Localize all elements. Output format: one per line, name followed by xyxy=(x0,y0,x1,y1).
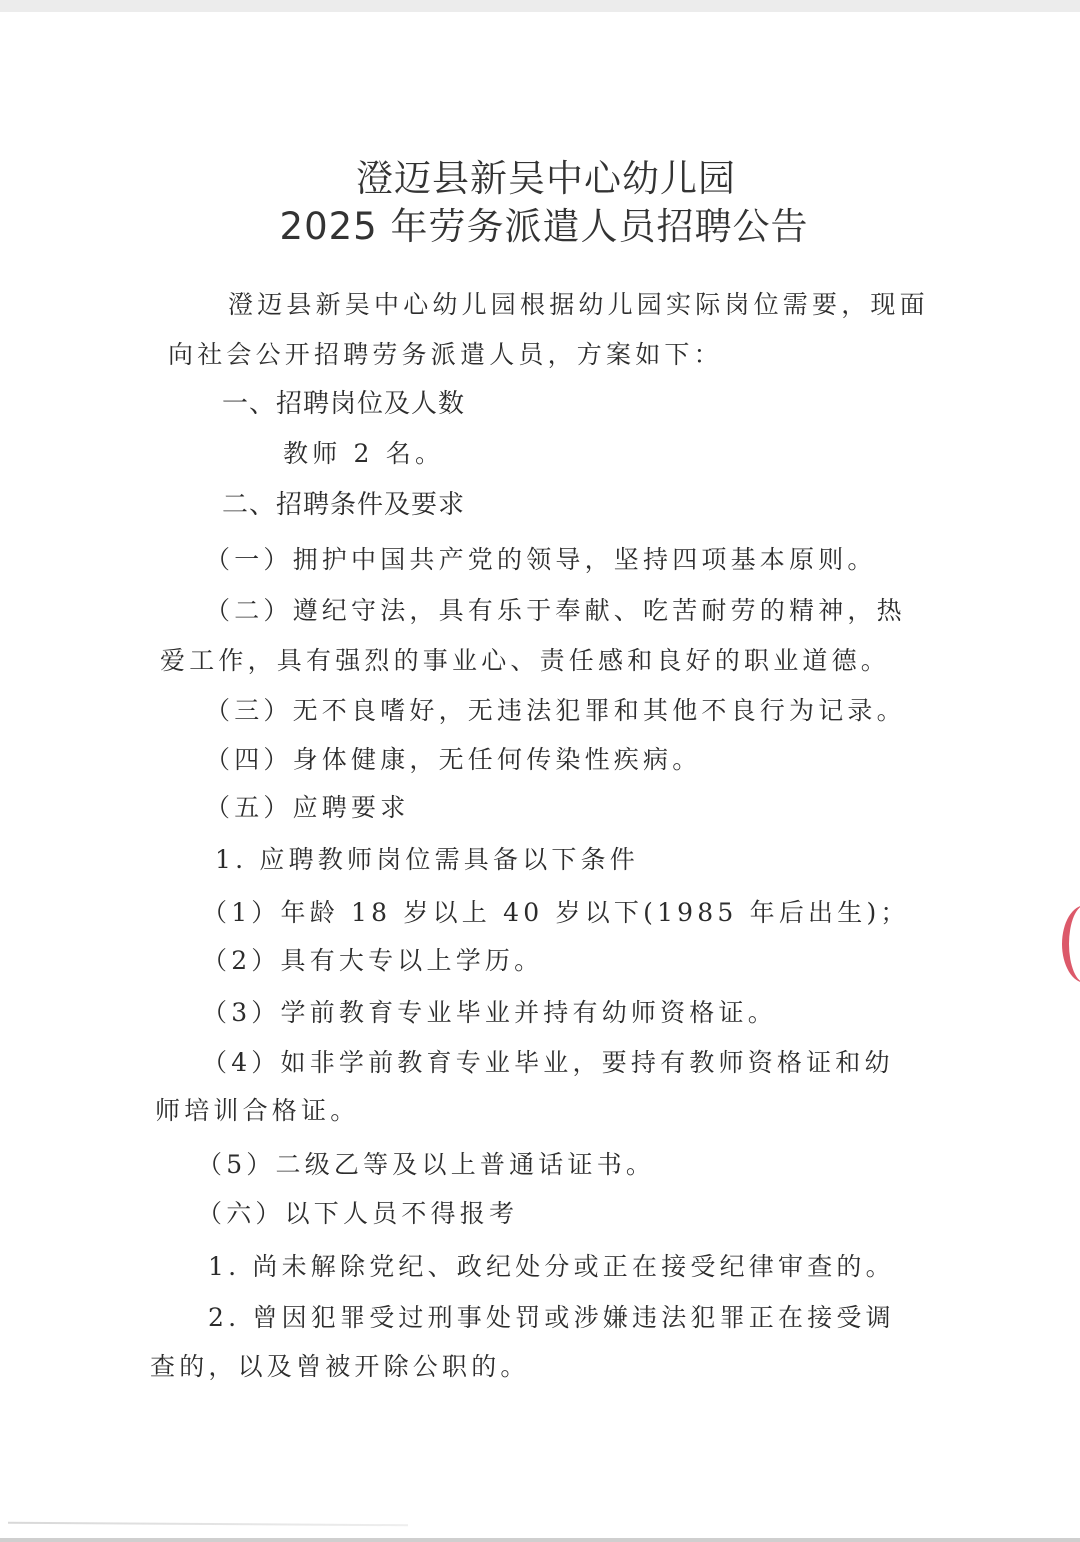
condition-item-3: （三）无不良嗜好，无违法犯罪和其他不良行为记录。 xyxy=(205,691,906,727)
section1-heading: 一、招聘岗位及人数 xyxy=(222,383,465,420)
official-seal-edge xyxy=(1062,905,1080,983)
intro-paragraph-line1: 澄迈县新吴中心幼儿园根据幼儿园实际岗位需要，现面 xyxy=(228,285,929,321)
condition-item-1: （一）拥护中国共产党的领导，坚持四项基本原则。 xyxy=(205,540,877,576)
requirement-item-1: （1）年龄 18 岁以上 40 岁以下(1985 年后出生)； xyxy=(202,893,910,929)
exclusions-heading: （六）以下人员不得报考 xyxy=(197,1194,518,1230)
scan-artifact-line xyxy=(8,1522,408,1526)
top-scan-border xyxy=(0,0,1080,12)
requirement-item-4: （4）如非学前教育专业毕业，要持有教师资格证和幼 xyxy=(202,1043,894,1079)
requirement-item-3: （3）学前教育专业毕业并持有幼师资格证。 xyxy=(202,993,777,1029)
section2-heading: 二、招聘条件及要求 xyxy=(222,484,465,521)
condition-item-4: （四）身体健康，无任何传染性疾病。 xyxy=(205,740,701,776)
intro-paragraph-line2: 向社会公开招聘劳务派遣人员，方案如下： xyxy=(168,335,723,371)
section1-body: 教师 2 名。 xyxy=(283,434,444,470)
requirement-item-2: （2）具有大专以上学历。 xyxy=(202,941,543,977)
exclusion-item-2-cont: 查的，以及曾被开除公职的。 xyxy=(150,1347,530,1383)
exclusion-item-2: 2. 曾因犯罪受过刑事处罚或涉嫌违法犯罪正在接受调 xyxy=(208,1298,895,1334)
exclusion-item-1: 1. 尚未解除党纪、政纪处分或正在接受纪律审查的。 xyxy=(208,1247,895,1283)
bottom-scan-border xyxy=(0,1538,1080,1542)
document-title-line2: 2025 年劳务派遣人员招聘公告 xyxy=(4,196,1080,250)
document-title-line1: 澄迈县新吴中心幼儿园 xyxy=(6,148,1080,202)
condition-item-2-cont: 爱工作，具有强烈的事业心、责任感和良好的职业道德。 xyxy=(160,641,890,677)
condition-item-5: （五）应聘要求 xyxy=(205,788,409,824)
requirement-item-5: （5）二级乙等及以上普通话证书。 xyxy=(197,1145,655,1181)
requirements-intro: 1. 应聘教师岗位需具备以下条件 xyxy=(215,840,639,876)
requirement-item-4-cont: 师培训合格证。 xyxy=(155,1091,359,1127)
condition-item-2: （二）遵纪守法，具有乐于奉献、吃苦耐劳的精神，热 xyxy=(205,591,906,627)
